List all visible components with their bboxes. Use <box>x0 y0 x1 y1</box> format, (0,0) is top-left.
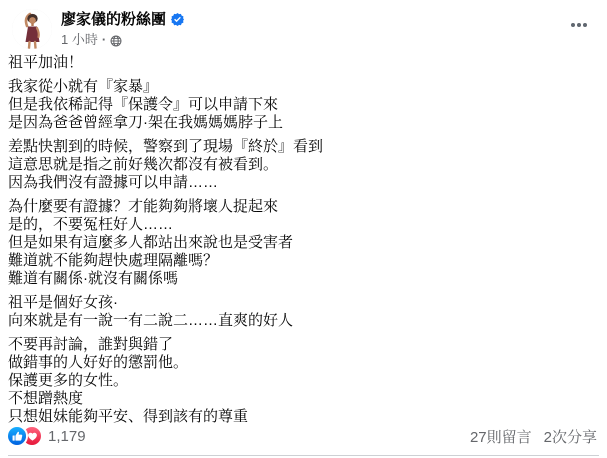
engagement-bar: 1,179 27則留言 2次分享 <box>0 425 607 447</box>
post-text-line: 但是如果有這麼多人都站出來說也是受害者 <box>8 234 599 252</box>
post-text-line: 不要再討論，誰對與錯了 <box>8 336 599 354</box>
more-horizontal-icon <box>569 15 589 35</box>
more-options-button[interactable] <box>565 15 593 35</box>
post-text-line: 祖平加油！ <box>8 54 599 72</box>
post-header: 廖家儀的粉絲團 1 小時 · <box>0 0 607 51</box>
post-text-line: 不想蹭熱度 <box>8 390 599 408</box>
post-text-line: 差點快割到的時候，警察到了現場『終於』看到 <box>8 138 599 156</box>
post-text-line: 向來就是有一說一有二說二……直爽的好人 <box>8 312 599 330</box>
post-text-line: 這意思就是指之前好幾次都沒有被看到。 <box>8 156 599 174</box>
meta-separator: · <box>102 32 106 48</box>
footer-right: 27則留言 2次分享 <box>470 426 597 447</box>
post-paragraph: 我家從小就有『家暴』但是我依稀記得『保護令』可以申請下來是因為爸爸曾經拿刀·架在… <box>8 78 599 132</box>
post-meta-row: 1 小時 · <box>61 32 595 48</box>
page-name[interactable]: 廖家儀的粉絲團 <box>61 10 166 29</box>
post-paragraph: 祖平是個好女孩·向來就是有一說一有二說二……直爽的好人 <box>8 294 599 330</box>
timestamp[interactable]: 1 小時 <box>61 32 98 48</box>
post-paragraph: 不要再討論，誰對與錯了做錯事的人好好的懲罰他。保護更多的女性。不想蹭熱度只想姐妹… <box>8 336 599 426</box>
post-text-line: 我家從小就有『家暴』 <box>8 78 599 96</box>
post-paragraph: 祖平加油！ <box>8 54 599 72</box>
post-text-line: 是的，不要冤枉好人…… <box>8 216 599 234</box>
post-text-line: 只想姐妹能夠平安、得到該有的尊重 <box>8 408 599 426</box>
page-name-row: 廖家儀的粉絲團 <box>61 10 595 29</box>
post-paragraph: 為什麼要有證據？才能夠夠將壞人捉起來是的，不要冤枉好人……但是如果有這麼多人都站… <box>8 198 599 288</box>
post-text-line: 祖平是個好女孩· <box>8 294 599 312</box>
verified-badge-icon <box>171 13 184 26</box>
post-text-line: 為什麼要有證據？才能夠夠將壞人捉起來 <box>8 198 599 216</box>
shares-count[interactable]: 2次分享 <box>544 426 597 447</box>
post-text-line: 難道就不能夠趕快處理隔離嗎？ <box>8 252 599 270</box>
header-text: 廖家儀的粉絲團 1 小時 · <box>61 9 595 48</box>
post-text-line: 因為我們沒有證據可以申請…… <box>8 174 599 192</box>
like-reaction-icon <box>8 427 26 445</box>
post-text-line: 做錯事的人好好的懲罰他。 <box>8 354 599 372</box>
post-content: 祖平加油！我家從小就有『家暴』但是我依稀記得『保護令』可以申請下來是因為爸爸曾經… <box>0 51 607 426</box>
post-paragraph: 差點快割到的時候，警察到了現場『終於』看到這意思就是指之前好幾次都沒有被看到。因… <box>8 138 599 192</box>
privacy-globe-icon <box>110 35 122 47</box>
reaction-summary[interactable]: 1,179 <box>8 427 86 445</box>
reaction-count: 1,179 <box>48 428 86 445</box>
post-text-line: 難道有關係·就沒有關係嗎 <box>8 270 599 288</box>
post-text-line: 是因為爸爸曾經拿刀·架在我媽媽媽脖子上 <box>8 114 599 132</box>
avatar-image <box>12 9 52 49</box>
facebook-post-card: 廖家儀的粉絲團 1 小時 · <box>0 0 607 458</box>
post-text-line: 保護更多的女性。 <box>8 372 599 390</box>
page-avatar[interactable] <box>12 9 52 49</box>
footer-divider <box>8 455 599 456</box>
post-text-line: 但是我依稀記得『保護令』可以申請下來 <box>8 96 599 114</box>
comments-count[interactable]: 27則留言 <box>470 426 532 447</box>
